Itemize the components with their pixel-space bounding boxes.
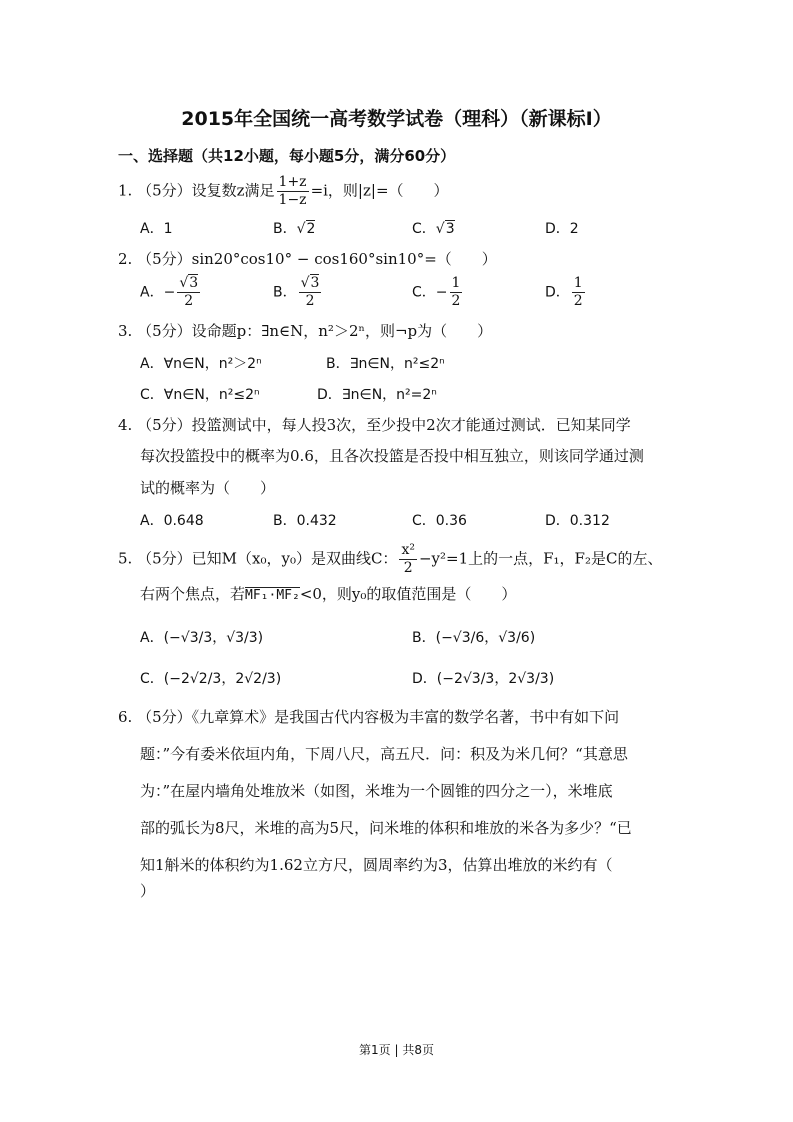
question-text: （5分）设复数z满足: [137, 182, 274, 200]
option-d: D．(−2√3/3，2√3/3): [412, 668, 554, 688]
frac-den: 2: [404, 560, 413, 577]
question-4: 4. （5分）投篮测试中，每人投3次，至少投中2次才能通过测试．已知某同学: [118, 414, 631, 435]
frac-num: 1+z: [277, 174, 309, 192]
question-text: 每次投篮投中的概率为0.6，且各次投篮是否投中相互独立，则该同学通过测: [140, 445, 644, 466]
option-d: D．∃n∈N，n²=2ⁿ: [317, 384, 437, 404]
sqrt-value: 3: [445, 220, 455, 237]
section-heading: 一、选择题（共12小题，每小题5分，满分60分）: [118, 145, 455, 166]
option-label: A．: [140, 630, 164, 646]
sqrt-value: 2: [306, 220, 316, 237]
minus-sign: −: [436, 285, 448, 301]
option-label: B．: [412, 630, 436, 646]
question-number: 1.: [118, 182, 132, 200]
question-text: （5分）已知M（x₀，y₀）是双曲线C：: [137, 550, 397, 568]
option-b: B．√32: [273, 275, 323, 310]
fraction: 12: [572, 275, 585, 310]
question-2: 2. （5分）sin20°cos10° − cos160°sin10°=（ ）: [118, 248, 497, 269]
option-c: C．0.36: [412, 510, 467, 530]
question-text: （5分）设命题p：∃n∈N，n²＞2ⁿ，则¬p为（ ）: [137, 322, 492, 340]
sqrt-value: 3: [310, 274, 320, 291]
option-a: A．∀n∈N，n²＞2ⁿ: [140, 353, 262, 373]
question-text: （5分）sin20°cos10° − cos160°sin10°=（ ）: [137, 250, 497, 268]
frac-num: x²: [399, 542, 417, 560]
question-number: 2.: [118, 250, 132, 268]
minus-sign: −: [164, 285, 176, 301]
option-c: C．−12: [412, 275, 464, 310]
frac-den: 1−z: [279, 192, 307, 209]
question-text: （5分）投篮测试中，每人投3次，至少投中2次才能通过测试．已知某同学: [137, 416, 631, 434]
option-label: C．: [412, 221, 436, 237]
frac-den: 2: [184, 293, 193, 310]
option-d: D．12: [545, 275, 587, 310]
question-6: 6. （5分）《九章算术》是我国古代内容极为丰富的数学名著，书中有如下问: [118, 706, 619, 727]
frac-num: 1: [450, 275, 463, 293]
page-footer: 第1页 | 共8页: [0, 1041, 793, 1058]
question-text: 试的概率为（ ）: [140, 477, 275, 498]
question-text: 右两个焦点，若: [140, 585, 245, 603]
option-label: A．: [140, 285, 164, 301]
option-c: C．√3: [412, 218, 455, 238]
option-c: C．∀n∈N，n²≤2ⁿ: [140, 384, 260, 404]
question-text: −y²=1上的一点，F₁，F₂是C的左、: [419, 550, 663, 568]
question-number: 3.: [118, 322, 132, 340]
option-value: (−√3/6，√3/6): [436, 630, 536, 646]
option-label: D．: [412, 671, 437, 687]
question-3: 3. （5分）设命题p：∃n∈N，n²＞2ⁿ，则¬p为（ ）: [118, 320, 492, 341]
option-label: B．: [273, 285, 297, 301]
question-text: 知1斛米的体积约为1.62立方尺，圆周率约为3，估算出堆放的米约有（: [140, 854, 613, 875]
frac-num: 1: [572, 275, 585, 293]
option-c: C．(−2√2/3，2√2/3): [140, 668, 281, 688]
question-number: 6.: [118, 708, 132, 726]
frac-den: 2: [452, 293, 461, 310]
option-a: A．−√32: [140, 275, 202, 310]
question-text: 为：”在屋内墙角处堆放米（如图，米堆为一个圆锥的四分之一），米堆底: [140, 780, 613, 801]
question-5: 5. （5分）已知M（x₀，y₀）是双曲线C：x²2−y²=1上的一点，F₁，F…: [118, 542, 662, 577]
frac-den: 2: [306, 293, 315, 310]
option-a: A．1: [140, 218, 172, 238]
option-a: A．0.648: [140, 510, 204, 530]
sqrt-value: 3: [188, 274, 198, 291]
option-b: B．√2: [273, 218, 315, 238]
vector-expression: MF₁·MF₂: [245, 587, 300, 603]
question-number: 4.: [118, 416, 132, 434]
option-value: (−2√2/3，2√2/3): [164, 671, 281, 687]
option-label: B．: [273, 221, 297, 237]
page-title: 2015年全国统一高考数学试卷（理科）（新课标Ⅰ）: [0, 104, 793, 131]
fraction: √32: [299, 275, 322, 310]
question-text: <0，则y₀的取值范围是（ ）: [300, 585, 517, 603]
option-value: (−√3/3，√3/3): [164, 630, 264, 646]
frac-num: √3: [299, 275, 322, 293]
question-text: 右两个焦点，若MF₁·MF₂<0，则y₀的取值范围是（ ）: [140, 583, 516, 604]
option-d: D．2: [545, 218, 579, 238]
option-label: C．: [412, 285, 436, 301]
question-text: ）: [140, 880, 155, 901]
fraction: 12: [450, 275, 463, 310]
frac-num: √3: [177, 275, 200, 293]
fraction: √32: [177, 275, 200, 310]
option-value: (−2√3/3，2√3/3): [437, 671, 554, 687]
fraction: 1+z1−z: [277, 174, 309, 209]
question-text: =i，则|z|=（ ）: [311, 182, 449, 200]
option-label: D．: [545, 285, 570, 301]
question-text: 题：”今有委米依垣内角，下周八尺，高五尺．问：积及为米几何？“其意思: [140, 743, 628, 764]
option-d: D．0.312: [545, 510, 610, 530]
question-1: 1. （5分）设复数z满足1+z1−z=i，则|z|=（ ）: [118, 174, 449, 209]
fraction: x²2: [399, 542, 417, 577]
option-a: A．(−√3/3，√3/3): [140, 627, 263, 647]
option-b: B．(−√3/6，√3/6): [412, 627, 535, 647]
frac-den: 2: [574, 293, 583, 310]
question-text: 部的弧长为8尺，米堆的高为5尺，问米堆的体积和堆放的米各为多少？“已: [140, 817, 632, 838]
option-b: B．∃n∈N，n²≤2ⁿ: [326, 353, 445, 373]
option-b: B．0.432: [273, 510, 337, 530]
option-label: C．: [140, 671, 164, 687]
question-number: 5.: [118, 550, 132, 568]
question-text: （5分）《九章算术》是我国古代内容极为丰富的数学名著，书中有如下问: [137, 708, 619, 726]
